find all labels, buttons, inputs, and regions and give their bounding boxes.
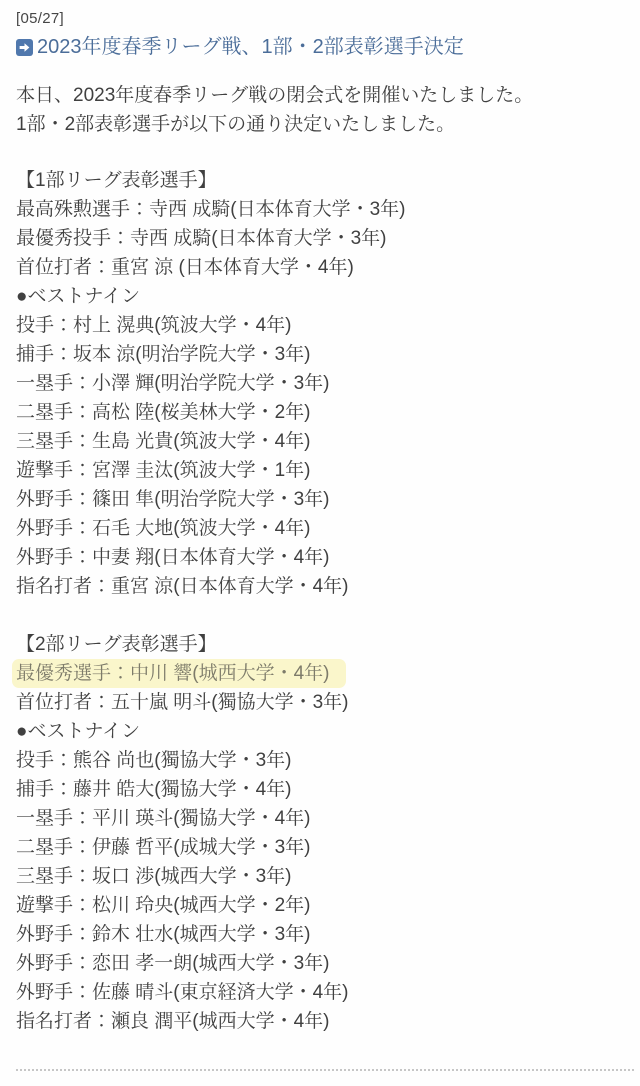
- intro-line: 1部・2部表彰選手が以下の通り決定いたしました。: [16, 110, 624, 139]
- award-line: 指名打者：重宮 涼(日本体育大学・4年): [16, 572, 624, 601]
- award-line: 三塁手：生島 光貴(筑波大学・4年): [16, 427, 624, 456]
- award-line: 二塁手：伊藤 哲平(成城大学・3年): [16, 833, 624, 862]
- award-line: 三塁手：坂口 渉(城西大学・3年): [16, 862, 624, 891]
- spacer: [16, 139, 624, 166]
- award-line: 二塁手：高松 陸(桜美林大学・2年): [16, 398, 624, 427]
- dotted-divider: [16, 1069, 634, 1071]
- award-line: 最高殊勲選手：寺西 成騎(日本体育大学・3年): [16, 195, 624, 224]
- award-line: 外野手：篠田 隼(明治学院大学・3年): [16, 485, 624, 514]
- award-line: 一塁手：小澤 輝(明治学院大学・3年): [16, 369, 624, 398]
- award-line: 外野手：佐藤 晴斗(東京経済大学・4年): [16, 978, 624, 1007]
- article-title: 2023年度春季リーグ戦、1部・2部表彰選手決定: [37, 34, 464, 61]
- award-line-highlighted: 最優秀選手：中川 響(城西大学・4年): [16, 659, 624, 688]
- award-line: 最優秀投手：寺西 成騎(日本体育大学・3年): [16, 224, 624, 253]
- award-line: 外野手：中妻 翔(日本体育大学・4年): [16, 543, 624, 572]
- award-line: 遊撃手：松川 玲央(城西大学・2年): [16, 891, 624, 920]
- award-line: 捕手：坂本 涼(明治学院大学・3年): [16, 340, 624, 369]
- post-date: [05/27]: [16, 8, 624, 30]
- award-line: 一塁手：平川 瑛斗(獨協大学・4年): [16, 804, 624, 833]
- spacer: [16, 601, 624, 630]
- award-line: 遊撃手：宮澤 圭汰(筑波大学・1年): [16, 456, 624, 485]
- intro-line: 本日、2023年度春季リーグ戦の閉会式を開催いたしました。: [16, 81, 624, 110]
- best-nine-label: ●ベストナイン: [16, 282, 624, 311]
- highlight-marker: 最優秀選手：中川 響(城西大学・4年): [12, 659, 346, 688]
- section-heading: 【1部リーグ表彰選手】: [16, 166, 624, 195]
- award-line: 外野手：石毛 大地(筑波大学・4年): [16, 514, 624, 543]
- award-line: 投手：村上 滉典(筑波大学・4年): [16, 311, 624, 340]
- news-article: [05/27] 2023年度春季リーグ戦、1部・2部表彰選手決定 本日、2023…: [0, 0, 640, 1086]
- award-line: 捕手：藤井 皓大(獨協大学・4年): [16, 775, 624, 804]
- award-line: 首位打者：五十嵐 明斗(獨協大学・3年): [16, 688, 624, 717]
- best-nine-label: ●ベストナイン: [16, 717, 624, 746]
- intro-paragraph: 本日、2023年度春季リーグ戦の閉会式を開催いたしました。 1部・2部表彰選手が…: [16, 81, 624, 139]
- division2-section: 【2部リーグ表彰選手】 最優秀選手：中川 響(城西大学・4年) 首位打者：五十嵐…: [16, 630, 624, 1036]
- division1-section: 【1部リーグ表彰選手】 最高殊勲選手：寺西 成騎(日本体育大学・3年) 最優秀投…: [16, 166, 624, 601]
- award-line: 投手：熊谷 尚也(獨協大学・3年): [16, 746, 624, 775]
- arrow-right-icon: [16, 39, 33, 56]
- award-line: 指名打者：瀬良 潤平(城西大学・4年): [16, 1007, 624, 1036]
- award-line: 外野手：恋田 孝一朗(城西大学・3年): [16, 949, 624, 978]
- award-line: 外野手：鈴木 壮水(城西大学・3年): [16, 920, 624, 949]
- award-line: 首位打者：重宮 涼 (日本体育大学・4年): [16, 253, 624, 282]
- section-heading: 【2部リーグ表彰選手】: [16, 630, 624, 659]
- article-title-link[interactable]: 2023年度春季リーグ戦、1部・2部表彰選手決定: [16, 34, 624, 61]
